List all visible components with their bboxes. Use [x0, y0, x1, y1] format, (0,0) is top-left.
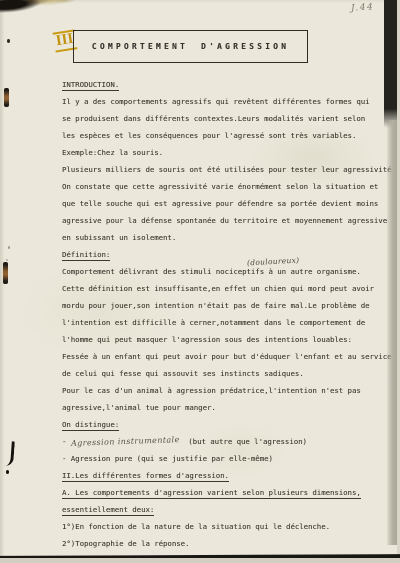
typed-text: se produisent dans différents contextes.… [62, 114, 365, 123]
typed-text: l'intention est difficille à cerner,nota… [62, 318, 365, 327]
staple-mark [3, 262, 8, 284]
text-line: 2°)Topographie de la réponse. [62, 538, 400, 555]
typed-text: (but autre que l'agression) [180, 437, 307, 446]
typed-text: A. Les comportements d'agression varient… [62, 488, 361, 499]
text-line: 1°)En fonction de la nature de la situat… [62, 521, 400, 538]
text-line: que telle souche qui est agressive pour … [62, 198, 400, 215]
typed-text: 1°)En fonction de la nature de la situat… [62, 522, 330, 531]
text-line: les espèces et les conséquences pour l'a… [62, 130, 400, 147]
text-line: agressive,l'animal tue pour manger. [62, 402, 400, 419]
typed-text: Définition: [62, 250, 110, 261]
document-body: INTRODUCTION.Il y a des comportements ag… [62, 79, 400, 555]
typed-text: - [62, 437, 71, 446]
typed-text: II.Les différentes formes d'agression. [62, 471, 229, 482]
ink-speck [6, 259, 8, 261]
typed-text: en subissant un isolement. [62, 233, 176, 242]
text-line: Fessée à un enfant qui peut avoir pour b… [62, 351, 400, 368]
scan-edge-right-light [387, 120, 397, 545]
title-box: COMPORTEMENT D'AGRESSION [73, 30, 308, 63]
pen-stroke [3, 441, 15, 467]
corner-smudge [0, 0, 75, 16]
text-line: Il y a des comportements agressifs qui r… [62, 96, 400, 113]
text-line: l'intention est difficille à cerner,nota… [62, 317, 400, 334]
typed-text: 2°)Topographie de la réponse. [62, 539, 189, 548]
pen-stroke-dot [6, 470, 9, 474]
text-line: Pour le cas d'un animal à agression préd… [62, 385, 400, 402]
typed-text: On constate que cette agressivité varie … [62, 182, 378, 191]
text-line: - Agression pure (qui se justifie par el… [62, 453, 400, 470]
handwritten-word: Agression instrumentale [71, 434, 180, 450]
staple-mark [4, 88, 9, 107]
page-number-annotation: J.44 [351, 2, 375, 13]
typed-text: Pour le cas d'un animal à agression préd… [62, 386, 361, 395]
typed-text: Il y a des comportements agressifs qui r… [62, 97, 370, 106]
scanned-page: J.44 III COMPORTEMENT D'AGRESSION INTROD… [0, 0, 400, 563]
text-line: mordu pour jouer,son intention n'était p… [62, 300, 400, 317]
scan-edge-bottom [0, 558, 400, 563]
heading-line: II.Les différentes formes d'agression. [62, 470, 400, 487]
heading-line: Définition: [62, 249, 400, 266]
text-line: Plusieurs milliers de souris ont été uti… [62, 164, 400, 181]
text-line: Comportement délivrant des stimuli nocic… [62, 266, 400, 283]
text-line: agressive pour la défense spontanée du t… [62, 215, 400, 232]
heading-line: INTRODUCTION. [62, 79, 400, 96]
text-line: l'homme qui peut masquer l'agression sou… [62, 334, 400, 351]
typed-text: Fessée à un enfant qui peut avoir pour b… [62, 352, 391, 361]
typed-text: l'homme qui peut masquer l'agression sou… [62, 335, 352, 344]
text-line: Cette définition est insuffisante,en eff… [62, 283, 400, 300]
ink-speck [8, 246, 10, 249]
heading-line: A. Les comportements d'agression varient… [62, 487, 400, 504]
typed-text: INTRODUCTION. [62, 80, 119, 91]
typed-text: Comportement délivrant des stimuli nocic… [62, 267, 361, 276]
scan-edge-right-dark [384, 0, 397, 128]
typed-text: Exemple:Chez la souris. [62, 148, 163, 157]
text-line: Exemple:Chez la souris. [62, 147, 400, 164]
typed-text: - Agression pure (qui se justifie par el… [62, 454, 273, 463]
typed-text: agressive,l'animal tue pour manger. [62, 403, 216, 412]
ink-speck [7, 39, 10, 43]
text-line: On constate que cette agressivité varie … [62, 181, 400, 198]
typed-text: mordu pour jouer,son intention n'était p… [62, 301, 370, 310]
text-line: - Agression instrumentale (but autre que… [62, 436, 400, 453]
typed-text: les espèces et les conséquences pour l'a… [62, 131, 356, 140]
heading-line: On distingue: [62, 419, 400, 436]
text-line: se produisent dans différents contextes.… [62, 113, 400, 130]
text-line: en subissant un isolement. [62, 232, 400, 249]
typed-text: Plusieurs milliers de souris ont été uti… [62, 165, 391, 174]
typed-text: de celui qui fesse qui assouvit ses inst… [62, 369, 304, 378]
heading-line: essentiellement deux: [62, 504, 400, 521]
typed-text: essentiellement deux: [62, 505, 154, 516]
typed-text: agressive pour la défense spontanée du t… [62, 216, 387, 225]
text-line: de celui qui fesse qui assouvit ses inst… [62, 368, 400, 385]
typed-text: que telle souche qui est agressive pour … [62, 199, 378, 208]
typed-text: Cette définition est insuffisante,en eff… [62, 284, 374, 293]
page-title: COMPORTEMENT D'AGRESSION [92, 42, 289, 51]
typed-text: On distingue: [62, 420, 119, 431]
